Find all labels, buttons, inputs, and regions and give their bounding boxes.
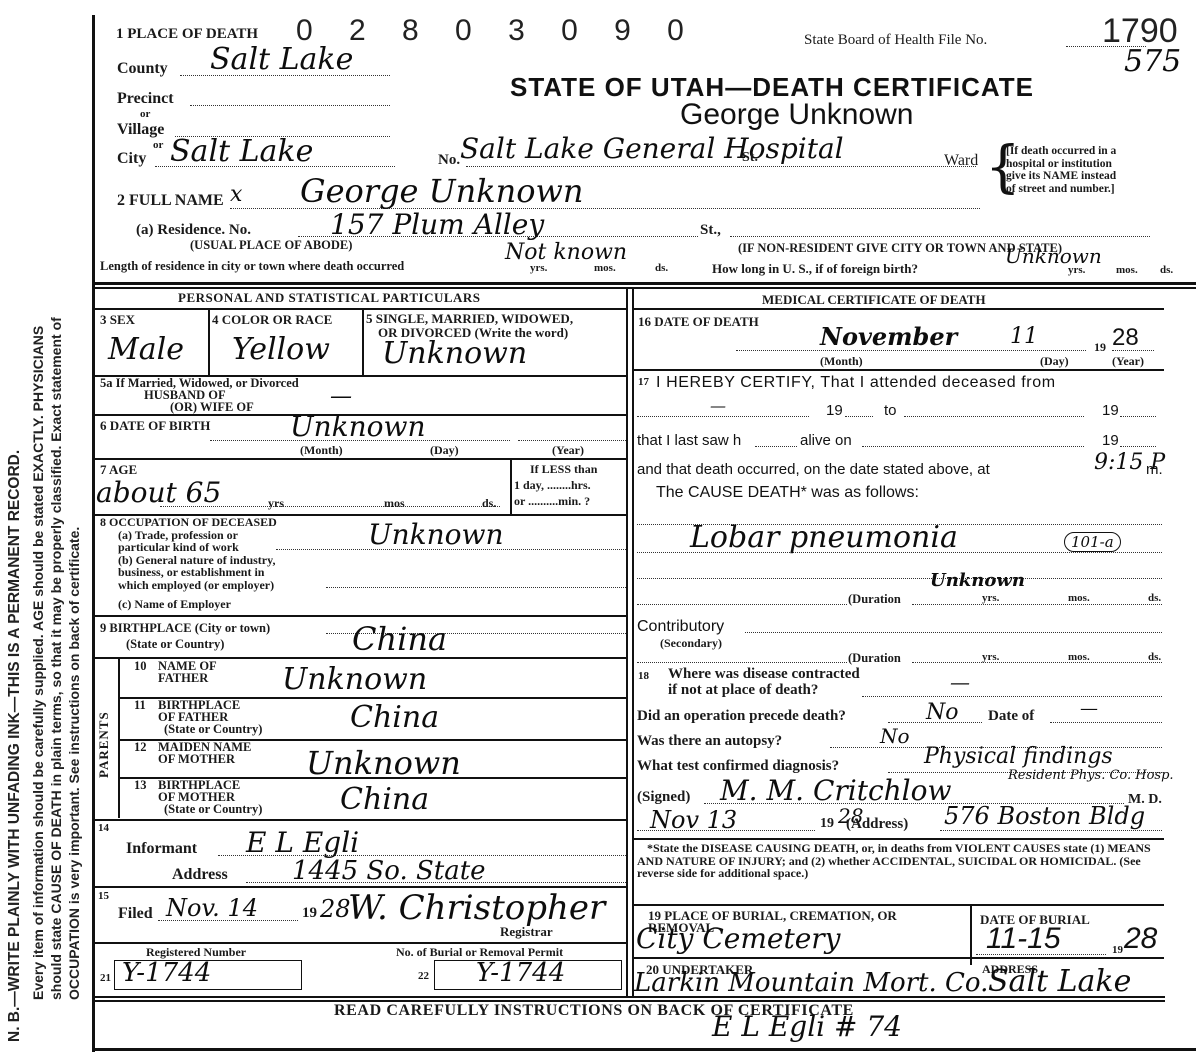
- signed-date-value: Nov 13: [650, 806, 737, 834]
- typed-name-annotation: George Unknown: [680, 98, 913, 132]
- dob-year-label: (Year): [552, 443, 584, 458]
- less-than-day: If LESS than 1 day, ........hrs. or ....…: [514, 461, 597, 509]
- dod-day-value: 11: [1010, 324, 1038, 349]
- occupation-label: 8 OCCUPATION OF DECEASED (a) Trade, prof…: [100, 516, 277, 611]
- secondary-duration-label: (Duration: [848, 651, 901, 666]
- alive-on-label: alive on: [800, 432, 852, 449]
- duration-yrs-line: [912, 604, 1162, 605]
- secondary-ds: ds.: [1148, 651, 1161, 663]
- file-no-extra: 575: [1124, 44, 1181, 79]
- date-of-label: Date of: [988, 708, 1034, 725]
- age-ds-label: ds.: [482, 496, 496, 511]
- secondary-yrs: yrs.: [982, 651, 999, 663]
- dod-year-value: 28: [1112, 324, 1139, 352]
- dod-month-value: November: [820, 322, 957, 351]
- cause-footnote: *State the DISEASE CAUSING DEATH, or, in…: [637, 842, 1163, 880]
- us-yrs-label: yrs.: [1068, 264, 1085, 276]
- duration-label: (Duration: [848, 592, 901, 607]
- informant-address-label: Address: [172, 866, 228, 884]
- ward-note: [If death occurred in a hospital or inst…: [1006, 145, 1116, 195]
- margin-instructions: N. B.—WRITE PLAINLY WITH UNFADING INK—TH…: [0, 0, 95, 1052]
- rule: [634, 957, 1164, 959]
- length-yrs-label: yrs.: [530, 262, 547, 274]
- full-name-label: 2 FULL NAME: [117, 192, 224, 210]
- operation-label: Did an operation precede death?: [637, 708, 846, 725]
- contracted-line: [862, 696, 1162, 697]
- city-label: City: [117, 150, 146, 168]
- dob-year-line: [518, 440, 626, 441]
- test-label: What test confirmed diagnosis?: [637, 758, 839, 775]
- birthplace-value: China: [352, 620, 447, 658]
- contributory-line: [745, 632, 1162, 633]
- attended-from-value: —: [710, 396, 726, 415]
- signed-year-prefix: 19: [820, 816, 834, 832]
- mother-birthplace-value: China: [340, 782, 429, 817]
- rule: [95, 942, 626, 944]
- county-value: Salt Lake: [210, 42, 353, 77]
- city-value: Salt Lake: [170, 134, 313, 169]
- permit-value: Y-1744: [476, 958, 565, 988]
- attended-19a: 19: [826, 402, 843, 419]
- filed-year-value: 28: [320, 895, 351, 923]
- occ-b-line: [326, 587, 626, 588]
- date-of-line: [1050, 722, 1162, 723]
- father-name-value: Unknown: [282, 662, 427, 697]
- rule: [634, 369, 1164, 371]
- burial-place-value: City Cemetery: [636, 922, 841, 955]
- operation-value: No: [926, 700, 959, 725]
- precinct-line: [190, 105, 390, 106]
- burial-year-value: 28: [1124, 922, 1157, 956]
- dob-day-label: (Day): [430, 443, 459, 458]
- residence-value: 157 Plum Alley: [330, 208, 544, 241]
- footer-rule: [95, 996, 1165, 998]
- contracted-value: —: [950, 670, 970, 694]
- or-label-1: or: [140, 108, 150, 120]
- filed-num: 15: [98, 890, 109, 902]
- physician-address-line: [940, 830, 1162, 831]
- length-residence-label: Length of residence in city or town wher…: [100, 259, 404, 274]
- margin-line-2: Every item of information should be care…: [30, 326, 46, 1000]
- duration-value: Unknown: [930, 570, 1025, 591]
- autopsy-value: No: [880, 724, 910, 748]
- burial-date-value: 11-15: [986, 922, 1061, 956]
- dod-year-label: (Year): [1112, 354, 1144, 369]
- village-label: Village: [117, 121, 164, 139]
- cause-label: The CAUSE DEATH* was as follows:: [656, 484, 919, 502]
- rule: [634, 308, 1164, 310]
- personal-section-title: PERSONAL AND STATISTICAL PARTICULARS: [178, 290, 481, 306]
- certify-text: I HEREBY CERTIFY, That I attended deceas…: [656, 374, 1056, 392]
- test-value: Physical findings: [924, 744, 1113, 769]
- last-saw-19-line: [1120, 446, 1156, 447]
- us-mos-label: mos.: [1116, 264, 1138, 276]
- hospital-line: [466, 166, 976, 167]
- birthplace-label: 9 BIRTHPLACE (City or town) (State or Co…: [100, 620, 270, 652]
- contributory-label: Contributory: [637, 618, 724, 636]
- filed-date-value: Nov. 14: [166, 894, 258, 922]
- rule-v: [970, 905, 972, 965]
- dob-month-label: (Month): [300, 443, 343, 458]
- father-birthplace-value: China: [350, 700, 439, 735]
- physician-signature: M. M. Critchlow: [720, 774, 951, 807]
- reg-number-value: Y-1744: [122, 958, 211, 988]
- residence-label: (a) Residence. No.: [136, 222, 251, 239]
- contracted-num: 18: [638, 670, 649, 682]
- place-of-death-label: 1 PLACE OF DEATH: [116, 26, 258, 43]
- precinct-label: Precinct: [117, 90, 174, 108]
- registrar-label: Registrar: [500, 924, 553, 940]
- non-resident-line: [730, 236, 1150, 237]
- certify-num: 17: [638, 376, 649, 388]
- bottom-border: [92, 1048, 1196, 1051]
- marital-value: Unknown: [382, 336, 527, 371]
- last-saw-label: that I last saw h: [637, 432, 741, 449]
- rule: [634, 904, 1164, 906]
- full-name-value: George Unknown: [300, 172, 584, 210]
- informant-value: E L Egli: [246, 826, 359, 859]
- death-occurred-label: and that death occurred, on the date sta…: [637, 461, 990, 478]
- date-of-value: —: [1080, 698, 1098, 719]
- permit-num: 22: [418, 970, 429, 982]
- attended-to-line: [904, 416, 1084, 417]
- rule-v: [362, 309, 364, 375]
- duration-yrs: yrs.: [982, 592, 999, 604]
- age-mos-label: mos: [384, 496, 405, 511]
- burial-year-prefix: 19: [1112, 944, 1123, 956]
- spouse-value: —: [330, 384, 352, 409]
- father-birthplace-label: 11 BIRTHPLACE OF FATHER (State or Countr…: [134, 699, 262, 735]
- left-border: [92, 15, 95, 1052]
- margin-line-3: should state CAUSE OF DEATH in plain ter…: [48, 317, 64, 1000]
- no-label: No.: [438, 152, 460, 169]
- st-label: St.: [742, 150, 758, 166]
- filed-label: Filed: [118, 905, 153, 923]
- autopsy-label: Was there an autopsy?: [637, 733, 782, 750]
- alive-on-line: [862, 446, 1084, 447]
- secondary-yrs-line: [912, 662, 1162, 663]
- race-value: Yellow: [232, 332, 330, 367]
- dod-day-label: (Day): [1040, 354, 1069, 369]
- rule: [95, 458, 626, 460]
- filed-year-prefix: 19: [302, 905, 317, 922]
- death-time-suffix: m.: [1146, 461, 1163, 478]
- file-no-label: State Board of Health File No.: [804, 32, 987, 49]
- attended-19b: 19: [1102, 402, 1119, 419]
- attended-from-line: [637, 416, 809, 417]
- header-rule: [95, 282, 1196, 285]
- undertaker-address-value: Salt Lake: [988, 964, 1131, 999]
- race-label: 4 COLOR OR RACE: [212, 312, 332, 328]
- age-line: [160, 506, 500, 507]
- medical-section-title: MEDICAL CERTIFICATE OF DEATH: [762, 292, 986, 308]
- ward-label: Ward: [944, 152, 978, 170]
- residence-st-label: St.,: [700, 222, 721, 239]
- length-ds-label: ds.: [655, 262, 668, 274]
- sex-value: Male: [108, 332, 184, 367]
- margin-line-4: OCCUPATION is very important. See instru…: [66, 527, 82, 1000]
- age-yrs-label: yrs: [268, 496, 284, 511]
- mother-birthplace-label: 13 BIRTHPLACE OF MOTHER (State or Countr…: [134, 779, 262, 815]
- rule-v: [510, 459, 512, 514]
- full-name-mark: x: [230, 182, 242, 207]
- father-name-label: 10 NAME OF FATHER: [134, 660, 208, 684]
- county-label: County: [117, 60, 168, 78]
- footer-annotation: E L Egli # 74: [712, 1010, 902, 1043]
- spouse-label: 5a If Married, Widowed, or Divorced HUSB…: [100, 377, 299, 413]
- dod-year-prefix: 19: [1094, 340, 1106, 355]
- usual-abode-label: (USUAL PLACE OF ABODE): [190, 238, 352, 253]
- cause-value: Lobar pneumonia: [690, 520, 958, 555]
- rule: [95, 819, 626, 821]
- us-ds-label: ds.: [1160, 264, 1173, 276]
- rule: [95, 615, 626, 617]
- age-value: about 65: [96, 476, 221, 509]
- dob-value: Unknown: [290, 410, 426, 443]
- attended-19a-line: [845, 416, 873, 417]
- dod-label: 16 DATE OF DEATH: [638, 314, 759, 330]
- duration-mos: mos.: [1068, 592, 1090, 604]
- physician-address-value: 576 Boston Bldg: [944, 802, 1145, 830]
- or-label-2: or: [153, 139, 163, 151]
- secondary-mos: mos.: [1068, 651, 1090, 663]
- address-label: (Address): [846, 816, 908, 833]
- length-mos-label: mos.: [594, 262, 616, 274]
- how-long-us-value: Unknown: [1005, 244, 1102, 268]
- header-rule-2: [95, 287, 1196, 289]
- mother-name-label: 12 MAIDEN NAME OF MOTHER: [134, 741, 235, 765]
- informant-label: Informant: [126, 840, 197, 858]
- last-saw-h-line: [755, 446, 797, 447]
- last-saw-19: 19: [1102, 432, 1119, 449]
- parents-label: PARENTS: [96, 711, 112, 778]
- contracted-label: Where was disease contracted if not at p…: [668, 666, 860, 698]
- cause-code: 101-a: [1064, 532, 1121, 552]
- occupation-value: Unknown: [368, 518, 504, 551]
- signature-note: Resident Phys. Co. Hosp.: [1008, 768, 1174, 783]
- registrar-signature: W. Christopher: [348, 888, 605, 928]
- rule-v: [208, 309, 210, 375]
- margin-line-1: N. B.—WRITE PLAINLY WITH UNFADING INK—TH…: [6, 450, 24, 1042]
- how-long-us-label: How long in U. S., if of foreign birth?: [712, 261, 918, 277]
- informant-address-value: 1445 So. State: [292, 856, 486, 886]
- secondary-duration-line: [637, 662, 847, 663]
- sex-label: 3 SEX: [100, 312, 135, 328]
- undertaker-value: Larkin Mountain Mort. Co.: [634, 968, 988, 998]
- reg-number-num: 21: [100, 972, 111, 984]
- duration-line: [637, 604, 847, 605]
- cause-line-3: [637, 578, 1162, 579]
- center-divider: [626, 288, 628, 998]
- attended-19b-line: [1120, 416, 1156, 417]
- attended-to-label: to: [884, 402, 897, 419]
- center-divider-2: [632, 288, 634, 998]
- signed-label: (Signed): [637, 789, 690, 806]
- hospital-value: Salt Lake General Hospital: [460, 132, 844, 165]
- duration-ds: ds.: [1148, 592, 1161, 604]
- serial-number: 0 2 8 0 3 0 9 0: [296, 14, 698, 48]
- rule: [95, 308, 626, 310]
- secondary-label: (Secondary): [660, 636, 722, 651]
- informant-num: 14: [98, 822, 109, 834]
- dob-label: 6 DATE OF BIRTH: [100, 418, 210, 434]
- rule-v: [118, 658, 120, 818]
- rule: [634, 838, 1164, 840]
- dod-month-label: (Month): [820, 354, 863, 369]
